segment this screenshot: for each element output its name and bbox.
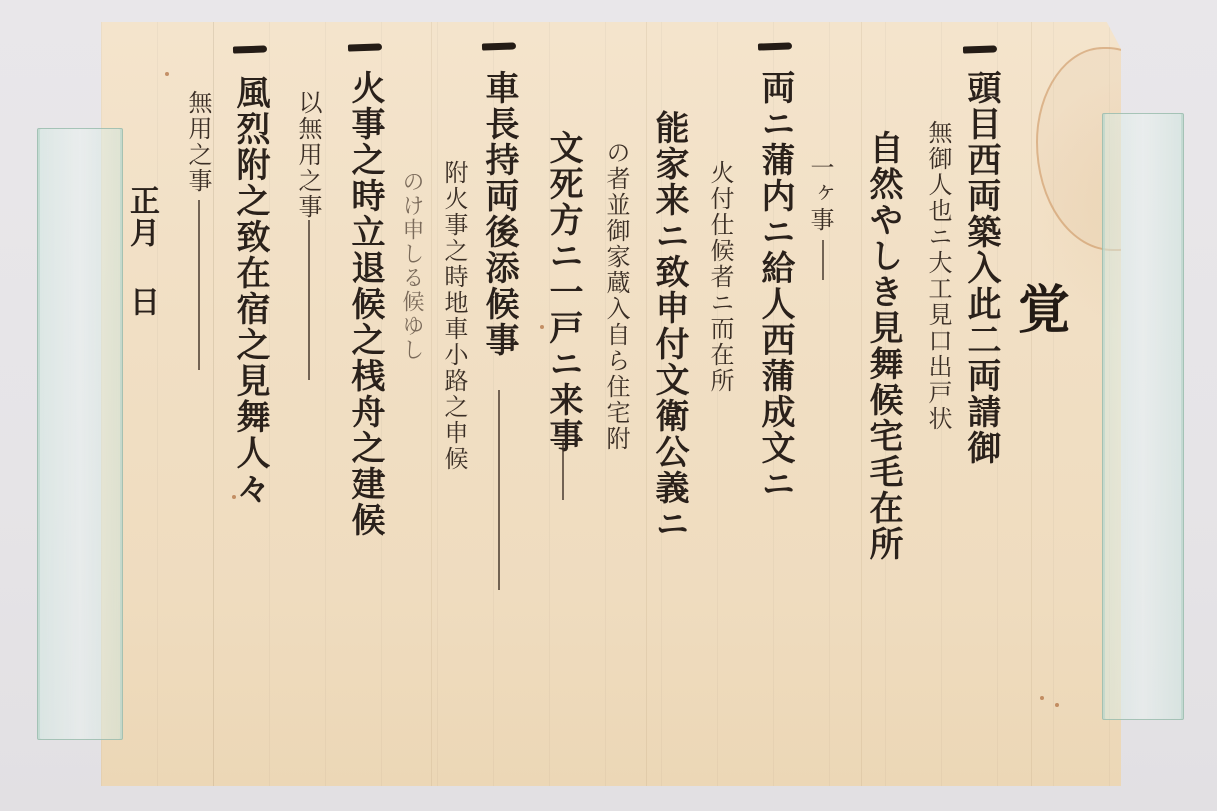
item-marker (758, 42, 792, 50)
item-marker (348, 43, 382, 51)
text-column: 両ニ蒲内ニ給人西蒲成文ニ (758, 70, 792, 502)
foxing-spot (165, 72, 169, 76)
text-column: 一ヶ事 (808, 155, 832, 233)
text-column: 風烈附之致在宿之見舞人々 (233, 75, 267, 507)
text-column: 車長持両後添候事 (482, 70, 516, 358)
item-marker (963, 45, 997, 53)
foxing-spot (1040, 696, 1044, 700)
fold-line (431, 22, 432, 786)
text-column: 附火事之時地車小路之申候 (442, 160, 466, 472)
text-column: 無御人也ニ大工見口出戸状 (926, 120, 950, 432)
text-column: 頭目西両築入此二両請御 (964, 70, 998, 466)
brush-tail (498, 390, 500, 590)
foxing-spot (1055, 703, 1059, 707)
glass-weight-left (37, 128, 123, 740)
text-column: 能家来ニ致申付文衛公義ニ (652, 110, 686, 542)
text-column: 無用之事 (186, 90, 210, 194)
text-column: 火事之時立退候之桟舟之建候 (348, 70, 382, 538)
foxing-spot (232, 495, 236, 499)
text-column: 文死方ニ一戸ニ来事 (546, 130, 580, 454)
text-column: 以無用之事 (296, 90, 320, 220)
fold-line (861, 22, 862, 786)
brush-tail (198, 200, 200, 370)
text-column: 火付仕候者ニ而在所 (708, 160, 732, 394)
item-marker (233, 45, 267, 53)
brush-tail (308, 220, 310, 380)
fold-line (213, 22, 214, 786)
glass-weight-right (1102, 113, 1184, 720)
text-column: のけ申しる候ゆし (400, 170, 422, 362)
item-marker (482, 42, 516, 50)
fold-line (646, 22, 647, 786)
text-column: 自然やしき見舞候宅毛在所 (866, 130, 900, 562)
brush-tail (562, 440, 564, 500)
document-title: 覚 (1018, 268, 1070, 343)
fold-line (1031, 22, 1032, 786)
foxing-spot (540, 325, 544, 329)
brush-tail (822, 240, 824, 280)
text-column: の者並御家蔵入自ら住宅附 (604, 140, 628, 452)
document-date: 正月 日 (126, 185, 156, 318)
